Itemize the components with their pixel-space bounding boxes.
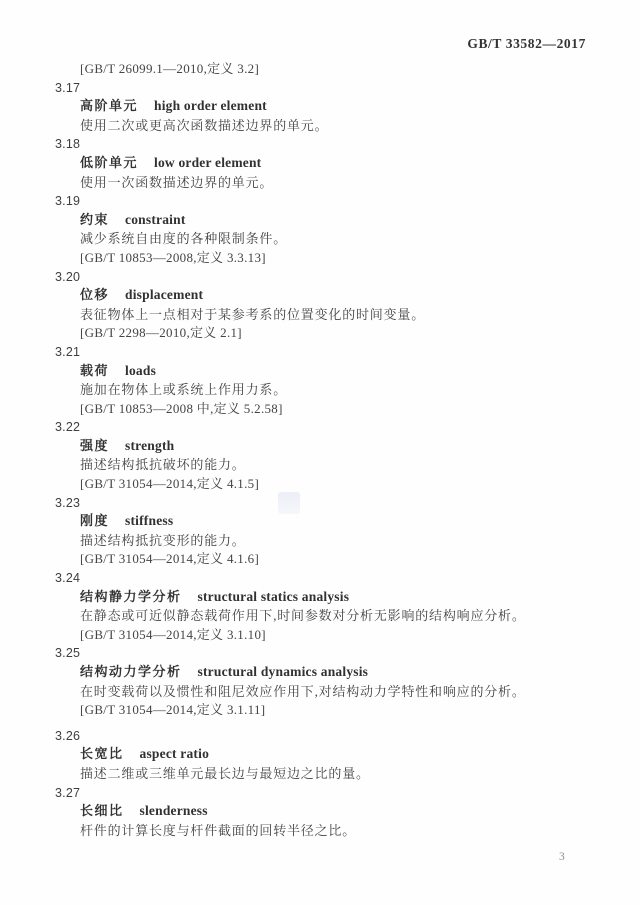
entry-source-reference: [GB/T 10853—2008,定义 3.3.13] bbox=[80, 249, 602, 268]
entry-number: 3.24 bbox=[55, 569, 602, 588]
entry-source-reference: [GB/T 31054—2014,定义 4.1.6] bbox=[80, 550, 602, 569]
term-entry: 3.23 刚度stiffness 描述结构抵抗变形的能力。 [GB/T 3105… bbox=[55, 494, 602, 569]
term-chinese: 低阶单元 bbox=[80, 156, 138, 171]
entry-term: 结构静力学分析structural statics analysis bbox=[80, 588, 602, 608]
entry-number: 3.18 bbox=[55, 135, 602, 154]
term-entry: 3.26 长宽比aspect ratio 描述二维或三维单元最长边与最短边之比的… bbox=[55, 727, 602, 784]
term-english: stiffness bbox=[125, 513, 173, 528]
entry-definition: 杆件的计算长度与杆件截面的回转半径之比。 bbox=[80, 822, 602, 841]
entry-definition: 表征物体上一点相对于某参考系的位置变化的时间变量。 bbox=[80, 306, 602, 325]
term-entry: 3.25 结构动力学分析structural dynamics analysis… bbox=[55, 644, 602, 719]
term-english: structural statics analysis bbox=[198, 589, 350, 604]
term-entry: 3.17 高阶单元high order element 使用二次或更高次函数描述… bbox=[55, 79, 602, 136]
term-english: loads bbox=[125, 363, 156, 378]
entry-source-reference: [GB/T 31054—2014,定义 3.1.11] bbox=[80, 701, 602, 720]
entry-term: 约束constraint bbox=[80, 211, 602, 231]
term-english: strength bbox=[125, 438, 174, 453]
entry-definition: 描述结构抵抗变形的能力。 bbox=[80, 532, 602, 551]
entry-definition: 描述结构抵抗破坏的能力。 bbox=[80, 456, 602, 475]
entry-number: 3.25 bbox=[55, 644, 602, 663]
term-entry: 3.19 约束constraint 减少系统自由度的各种限制条件。 [GB/T … bbox=[55, 192, 602, 267]
term-chinese: 长细比 bbox=[80, 804, 124, 819]
entry-source-reference: [GB/T 2298—2010,定义 2.1] bbox=[80, 324, 602, 343]
term-chinese: 结构静力学分析 bbox=[80, 590, 182, 605]
entry-number: 3.19 bbox=[55, 192, 602, 211]
entry-number: 3.26 bbox=[55, 727, 602, 746]
entries-list: 3.17 高阶单元high order element 使用二次或更高次函数描述… bbox=[55, 79, 602, 841]
entry-definition: 减少系统自由度的各种限制条件。 bbox=[80, 230, 602, 249]
entry-source-reference: [GB/T 10853—2008 中,定义 5.2.58] bbox=[80, 400, 602, 419]
entry-number: 3.22 bbox=[55, 418, 602, 437]
entry-definition: 施加在物体上或系统上作用力系。 bbox=[80, 381, 602, 400]
entry-definition: 在时变载荷以及惯性和阻尼效应作用下,对结构动力学特性和响应的分析。 bbox=[80, 683, 602, 702]
document-page: GB/T 33582—2017 [GB/T 26099.1—2010,定义 3.… bbox=[0, 0, 640, 905]
term-chinese: 刚度 bbox=[80, 514, 109, 529]
term-english: high order element bbox=[154, 98, 267, 113]
entry-number: 3.17 bbox=[55, 79, 602, 98]
entry-term: 高阶单元high order element bbox=[80, 97, 602, 117]
entry-term: 低阶单元low order element bbox=[80, 154, 602, 174]
term-entry: 3.24 结构静力学分析structural statics analysis … bbox=[55, 569, 602, 644]
term-chinese: 约束 bbox=[80, 213, 109, 228]
entry-term: 长宽比aspect ratio bbox=[80, 745, 602, 765]
entry-source-reference: [GB/T 31054—2014,定义 4.1.5] bbox=[80, 475, 602, 494]
term-english: slenderness bbox=[140, 803, 208, 818]
term-english: aspect ratio bbox=[140, 746, 210, 761]
term-entry: 3.22 强度strength 描述结构抵抗破坏的能力。 [GB/T 31054… bbox=[55, 418, 602, 493]
entry-term: 结构动力学分析structural dynamics analysis bbox=[80, 663, 602, 683]
term-english: low order element bbox=[154, 155, 261, 170]
page-content: [GB/T 26099.1—2010,定义 3.2] 3.17 高阶单元high… bbox=[55, 60, 602, 840]
term-english: constraint bbox=[125, 212, 186, 227]
term-chinese: 长宽比 bbox=[80, 747, 124, 762]
entry-term: 强度strength bbox=[80, 437, 602, 457]
term-chinese: 结构动力学分析 bbox=[80, 665, 182, 680]
term-chinese: 载荷 bbox=[80, 364, 109, 379]
entry-term: 刚度stiffness bbox=[80, 512, 602, 532]
term-chinese: 高阶单元 bbox=[80, 99, 138, 114]
entry-definition: 在静态或可近似静态载荷作用下,时间参数对分析无影响的结构响应分析。 bbox=[80, 607, 602, 626]
entry-definition: 使用一次函数描述边界的单元。 bbox=[80, 174, 602, 193]
entry-number: 3.23 bbox=[55, 494, 602, 513]
scan-watermark-blob bbox=[278, 492, 300, 514]
term-english: structural dynamics analysis bbox=[198, 664, 369, 679]
entry-number: 3.27 bbox=[55, 784, 602, 803]
term-english: displacement bbox=[125, 287, 203, 302]
entry-term: 位移displacement bbox=[80, 286, 602, 306]
term-entry: 3.21 载荷loads 施加在物体上或系统上作用力系。 [GB/T 10853… bbox=[55, 343, 602, 418]
entry-term: 长细比slenderness bbox=[80, 802, 602, 822]
term-entry: 3.27 长细比slenderness 杆件的计算长度与杆件截面的回转半径之比。 bbox=[55, 784, 602, 841]
term-entry: 3.20 位移displacement 表征物体上一点相对于某参考系的位置变化的… bbox=[55, 268, 602, 343]
entry-source-reference: [GB/T 31054—2014,定义 3.1.10] bbox=[80, 626, 602, 645]
leading-source-reference: [GB/T 26099.1—2010,定义 3.2] bbox=[80, 60, 602, 79]
term-chinese: 位移 bbox=[80, 288, 109, 303]
term-chinese: 强度 bbox=[80, 439, 109, 454]
entry-definition: 描述二维或三维单元最长边与最短边之比的量。 bbox=[80, 765, 602, 784]
entry-definition: 使用二次或更高次函数描述边界的单元。 bbox=[80, 117, 602, 136]
entry-term: 载荷loads bbox=[80, 362, 602, 382]
entry-number: 3.21 bbox=[55, 343, 602, 362]
term-entry: 3.18 低阶单元low order element 使用一次函数描述边界的单元… bbox=[55, 135, 602, 192]
document-code: GB/T 33582—2017 bbox=[467, 36, 586, 52]
entry-number: 3.20 bbox=[55, 268, 602, 287]
page-number: 3 bbox=[559, 851, 565, 863]
